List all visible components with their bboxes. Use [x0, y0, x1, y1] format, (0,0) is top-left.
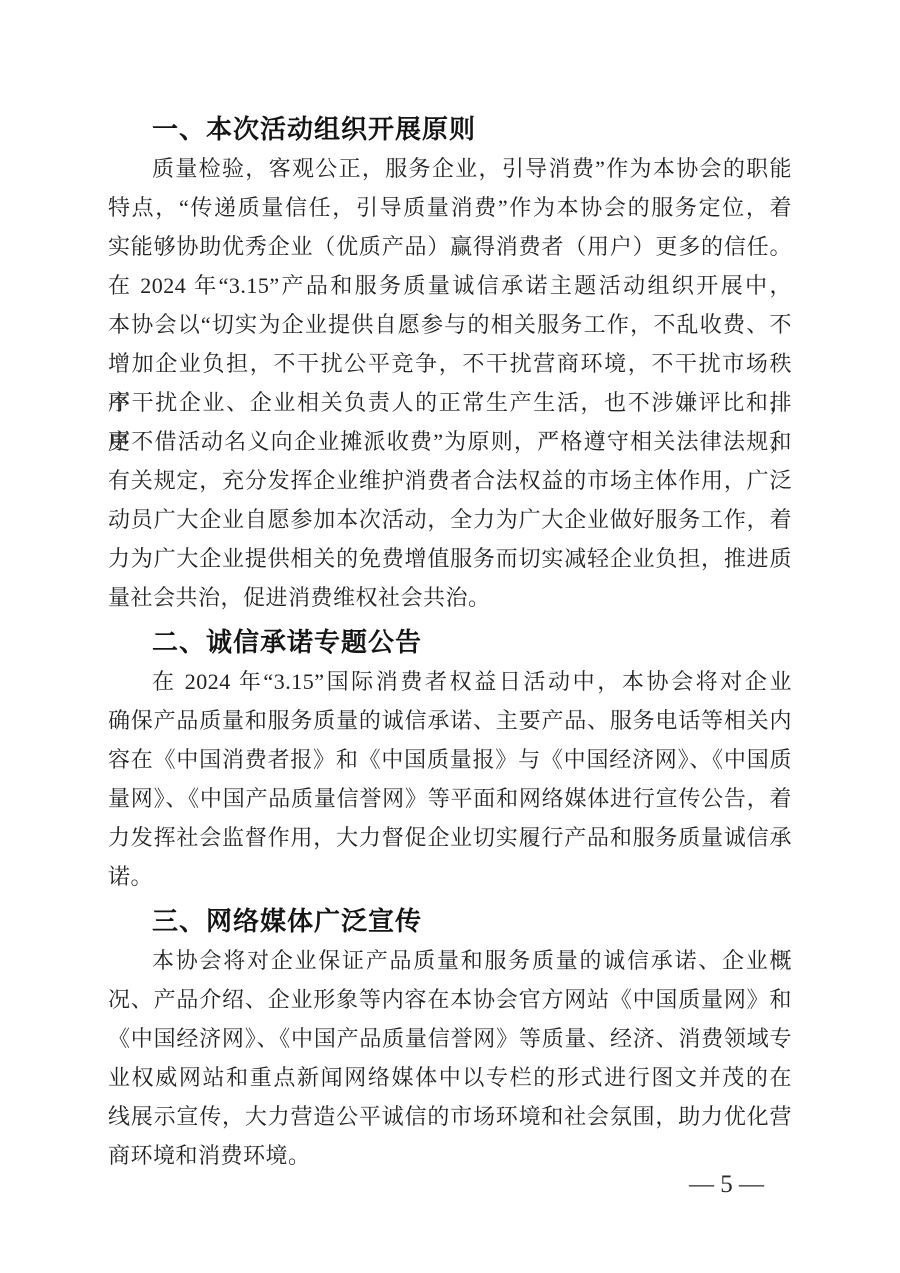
text-line: 线展示宣传，大力营造公平诚信的市场环境和社会氛围，助力优化营 [108, 1097, 792, 1136]
text-line: 实能够协助优秀企业（优质产品）赢得消费者（用户）更多的信任。 [108, 227, 792, 266]
paragraph: 在 2024 年“3.15”国际消费者权益日活动中，本协会将对企业确保产品质量和… [108, 662, 792, 896]
paragraph: 本协会将对企业保证产品质量和服务质量的诚信承诺、企业概况、产品介绍、企业形象等内… [108, 941, 792, 1175]
text-line: 质量检验，客观公正，服务企业，引导消费”作为本协会的职能 [108, 149, 792, 188]
text-line: 特点，“传递质量信任，引导质量消费”作为本协会的服务定位，着 [108, 188, 792, 227]
text-line: 力发挥社会监督作用，大力督促企业切实履行产品和服务质量诚信承 [108, 818, 792, 857]
text-line: 在 2024 年“3.15”国际消费者权益日活动中，本协会将对企业 [108, 662, 792, 701]
text-line: 动员广大企业自愿参加本次活动，全力为广大企业做好服务工作，着 [108, 500, 792, 539]
text-line: 容在《中国消费者报》和《中国质量报》与《中国经济网》、《中国质 [108, 740, 792, 779]
text-line: 确保产品质量和服务质量的诚信承诺、主要产品、服务电话等相关内 [108, 701, 792, 740]
paragraph: 质量检验，客观公正，服务企业，引导消费”作为本协会的职能特点，“传递质量信任，引… [108, 149, 792, 617]
text-line: 增加企业负担，不干扰公平竞争，不干扰营商环境，不干扰市场秩序， [108, 344, 792, 383]
text-line: 力为广大企业提供相关的免费增值服务而切实减轻企业负担，推进质 [108, 539, 792, 578]
text-line: 《中国经济网》、《中国产品质量信誉网》等质量、经济、消费领域专 [108, 1019, 792, 1058]
text-line: 有关规定，充分发挥企业维护消费者合法权益的市场主体作用，广泛 [108, 461, 792, 500]
text-line: 更不借活动名义向企业摊派收费”为原则，严格遵守相关法律法规和 [108, 422, 792, 461]
text-line: 本协会以“切实为企业提供自愿参与的相关服务工作，不乱收费、不 [108, 305, 792, 344]
document-page: 一、本次活动组织开展原则质量检验，客观公正，服务企业，引导消费”作为本协会的职能… [0, 0, 900, 1273]
page-number: — 5 — [689, 1170, 764, 1200]
text-line: 在 2024 年“3.15”产品和服务质量诚信承诺主题活动组织开展中， [108, 266, 792, 305]
document-content: 一、本次活动组织开展原则质量检验，客观公正，服务企业，引导消费”作为本协会的职能… [108, 110, 792, 1175]
text-line: 况、产品介绍、企业形象等内容在本协会官方网站《中国质量网》和 [108, 980, 792, 1019]
text-line: 不干扰企业、企业相关负责人的正常生产生活，也不涉嫌评比和排序， [108, 383, 792, 422]
section-heading: 三、网络媒体广泛宣传 [108, 902, 792, 941]
text-line: 量网》、《中国产品质量信誉网》等平面和网络媒体进行宣传公告，着 [108, 779, 792, 818]
text-line: 业权威网站和重点新闻网络媒体中以专栏的形式进行图文并茂的在 [108, 1058, 792, 1097]
text-line: 诺。 [108, 857, 792, 896]
text-line: 量社会共治，促进消费维权社会共治。 [108, 578, 792, 617]
section-heading: 一、本次活动组织开展原则 [108, 110, 792, 149]
text-line: 本协会将对企业保证产品质量和服务质量的诚信承诺、企业概 [108, 941, 792, 980]
section-heading: 二、诚信承诺专题公告 [108, 623, 792, 662]
